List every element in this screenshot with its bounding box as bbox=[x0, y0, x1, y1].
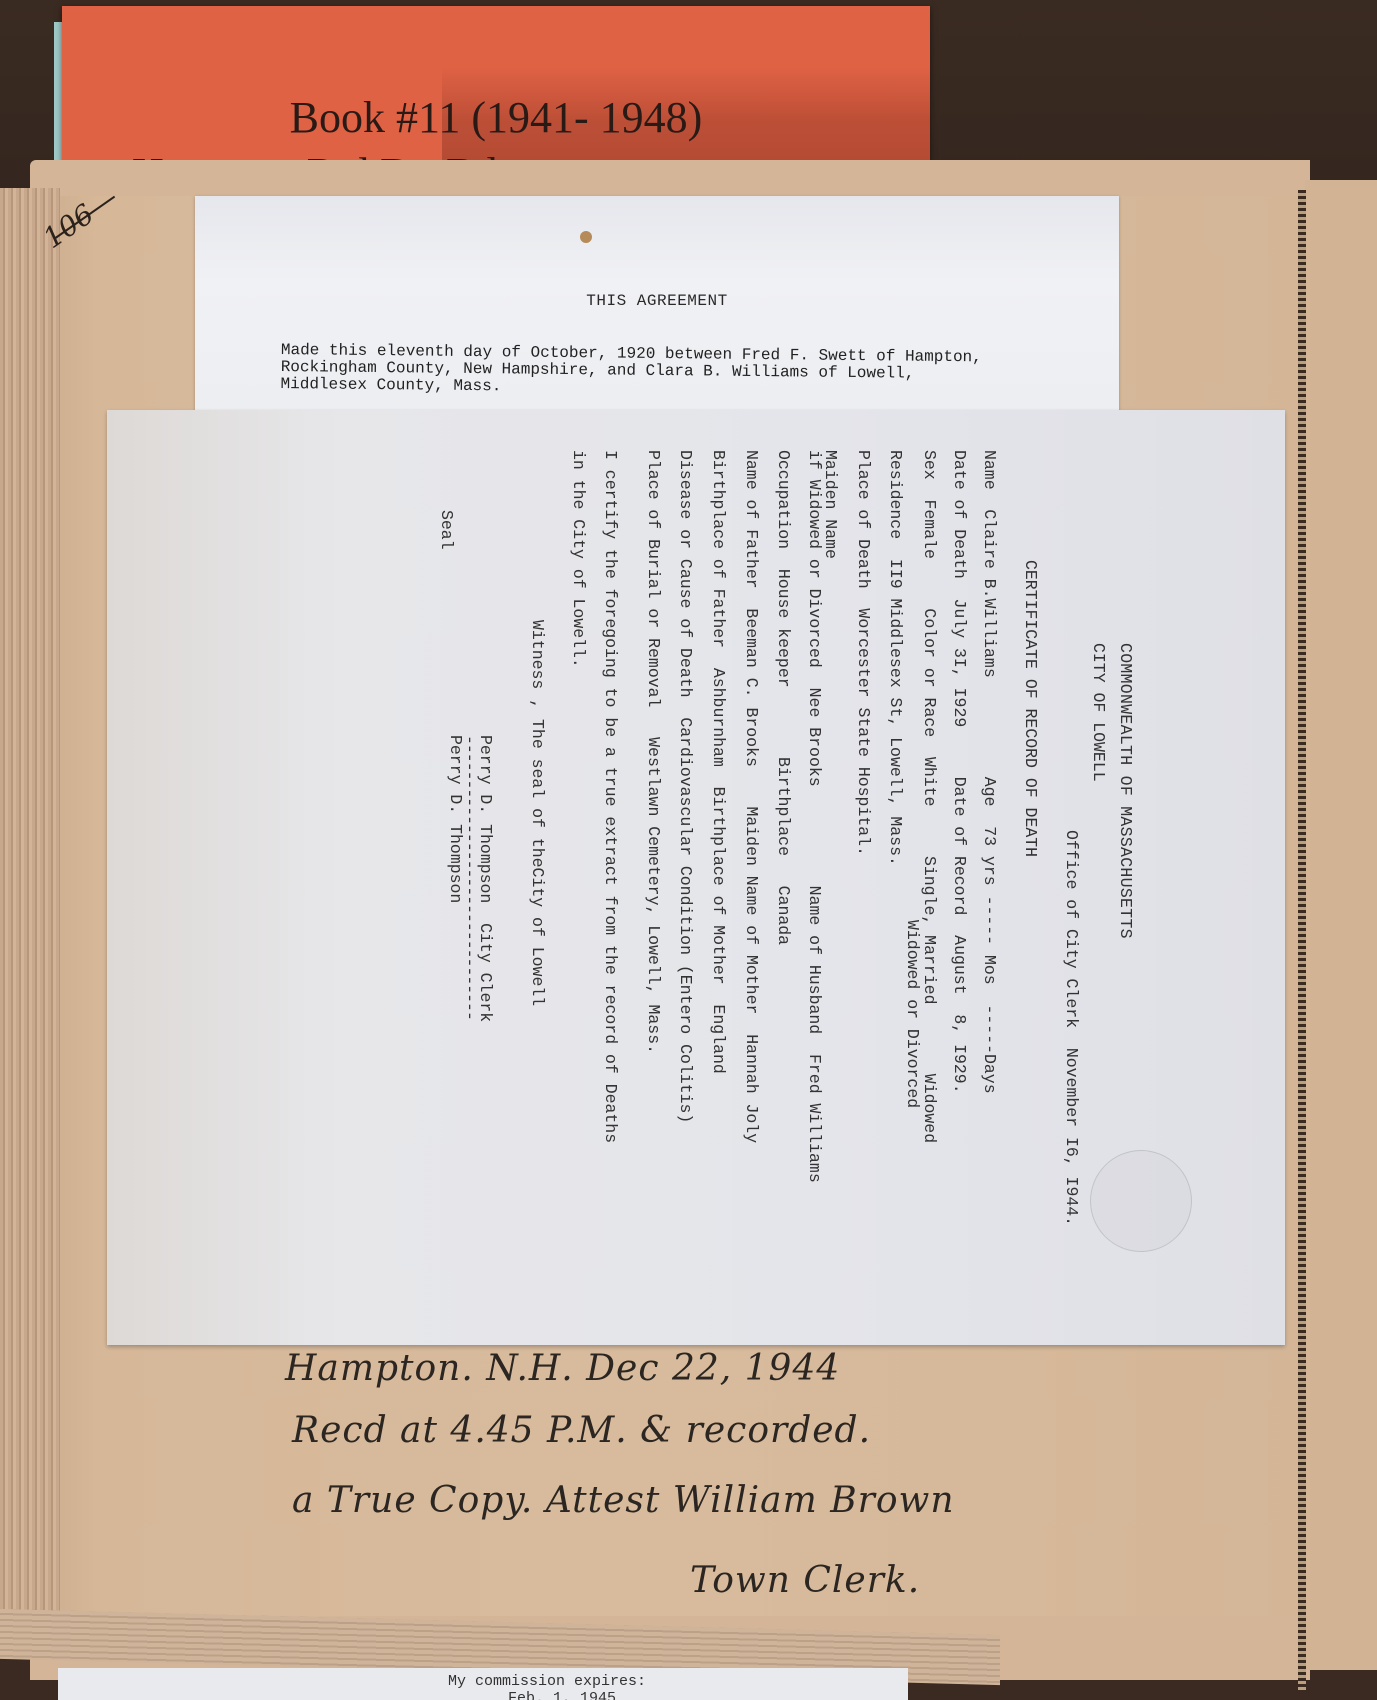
field-father-mother: Name of Father Beeman C. Brooks Maiden N… bbox=[742, 450, 761, 1143]
notary-commission-label: My commission expires: bbox=[448, 1673, 646, 1690]
book-page-right bbox=[1305, 180, 1377, 1670]
office-and-date: Office of City Clerk November I6, I944. bbox=[1062, 830, 1081, 1226]
field-name-age: Name Claire B.Williams Age 73 yrs ----- … bbox=[980, 450, 999, 1094]
book-page-edges bbox=[0, 188, 60, 1638]
field-cause-of-death: Disease or Cause of Death Cardiovascular… bbox=[676, 450, 695, 1123]
field-place-of-death: Place of Death Worcester State Hospital. bbox=[854, 450, 873, 856]
field-maiden-name-husband: if Widowed or Divorced Nee Brooks Name o… bbox=[805, 450, 824, 1183]
book-binding-spine bbox=[1298, 190, 1306, 1690]
city-heading: CITY OF LOWELL bbox=[1089, 643, 1108, 782]
field-occupation-birthplace: Occupation House keeper Birthplace Canad… bbox=[774, 450, 793, 945]
handwritten-town-clerk: Town Clerk. bbox=[690, 1560, 920, 1601]
witness-line: Witness , The seal of theCity of Lowell bbox=[528, 620, 547, 1006]
signer-name: Perry D. Thompson bbox=[446, 735, 465, 903]
notary-slip: My commission expires: Feb. 1, 1945 bbox=[58, 1668, 908, 1700]
commonwealth-heading: COMMONWEALTH OF MASSACHUSETTS bbox=[1116, 643, 1135, 939]
agreement-document: THIS AGREEMENT Made this eleventh day of… bbox=[195, 196, 1119, 412]
certification-statement-cont: in the City of Lowell. bbox=[569, 450, 588, 668]
certification-statement: I certify the foregoing to be a true ext… bbox=[601, 450, 620, 1143]
field-residence: Residence II9 Middlesex St, Lowell, Mass… bbox=[886, 450, 905, 866]
agreement-title: THIS AGREEMENT bbox=[195, 292, 1119, 310]
embossed-seal bbox=[1090, 1150, 1192, 1252]
notary-commission-date: Feb. 1, 1945 bbox=[508, 1690, 616, 1700]
field-sex-race-marital: Sex Female Color or Race White Single, M… bbox=[920, 450, 939, 1143]
cover-title: Book #11 (1941- 1948) bbox=[62, 92, 930, 143]
certificate-title: CERTIFICATE OF RECORD OF DEATH bbox=[1021, 560, 1040, 857]
field-burial: Place of Burial or Removal Westlawn Ceme… bbox=[644, 450, 663, 1054]
field-parent-birthplaces: Birthplace of Father Ashburnham Birthpla… bbox=[709, 450, 728, 1074]
agreement-body: Made this eleventh day of October, 1920 … bbox=[280, 342, 1110, 402]
handwritten-received: Recd at 4.45 P.M. & recorded. bbox=[292, 1410, 871, 1451]
handwritten-place-date: Hampton. N.H. Dec 22, 1944 bbox=[285, 1348, 840, 1389]
field-marital-subcaption: Widowed or Divorced bbox=[903, 920, 922, 1108]
punch-hole bbox=[580, 231, 592, 243]
seal-label: Seal bbox=[437, 510, 456, 550]
field-date-of-death: Date of Death July 3I, I929 Date of Reco… bbox=[950, 450, 969, 1094]
handwritten-attest: a True Copy. Attest William Brown bbox=[292, 1480, 955, 1521]
